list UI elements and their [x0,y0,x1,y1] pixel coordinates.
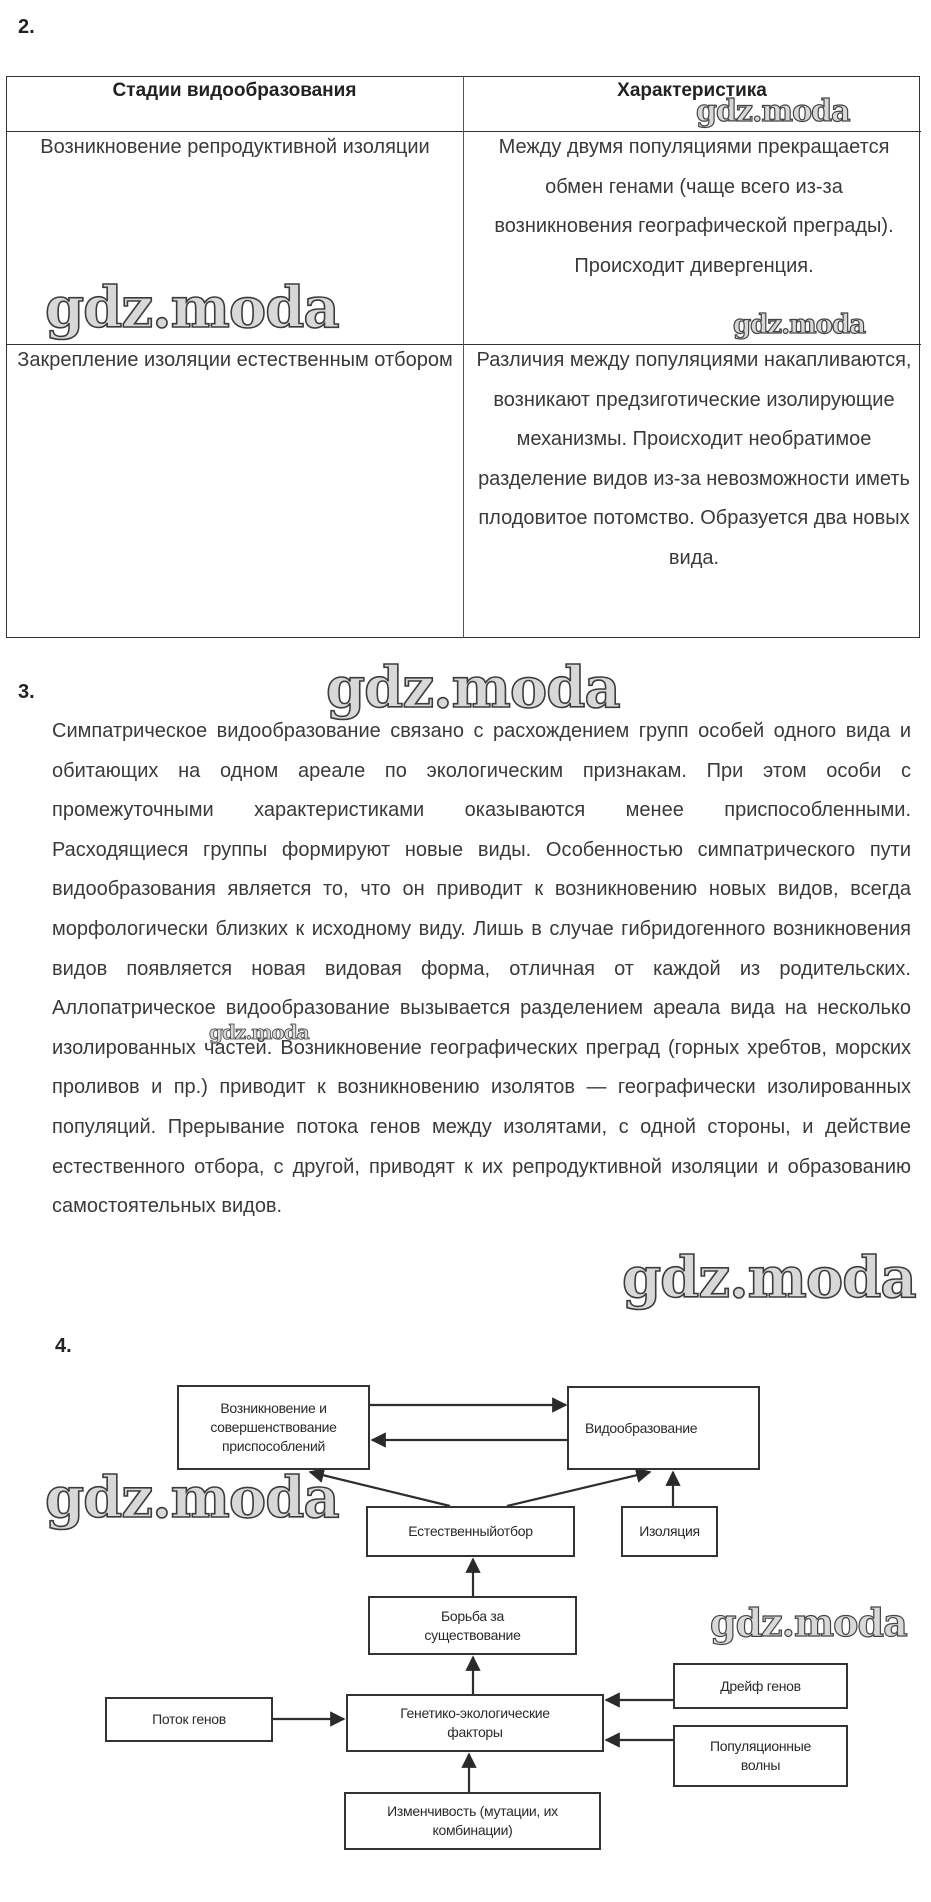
node-struggle: Борьба за существование [368,1596,577,1655]
watermark: gdz.moda [45,280,339,336]
node-variability: Изменчивость (мутации, их комбинации) [344,1792,601,1850]
table-header-stages: Стадии видообразования [6,76,463,106]
watermark: gdz.moda [696,97,850,127]
task-3-paragraph: Симпатрическое видообразование связано с… [52,712,911,1227]
table-row-2-description: Различия между популяциями накапливаются… [474,341,914,578]
node-gene-drift: Дрейф генов [673,1663,848,1709]
node-gene-flow: Поток генов [105,1697,273,1742]
table-row-1-description: Между двумя популяциями прекращается обм… [474,128,914,286]
node-adaptations: Возникновение и совершенствование приспо… [177,1385,370,1470]
table-row-2-stage: Закрепление изоляции естественным отборо… [14,341,456,381]
watermark: gdz.moda [326,660,620,716]
task-4-number: 4. [55,1335,72,1358]
watermark: gdz.moda [622,1250,916,1306]
table-column-divider [463,76,464,638]
task-3-number: 3. [18,681,35,704]
node-natural-selection: Естественныйотбор [366,1506,575,1557]
table-row-1-stage: Возникновение репродуктивной изоляции [40,128,430,168]
watermark: gdz.moda [733,312,865,338]
watermark: gdz.moda [710,1604,907,1642]
watermark: gdz.moda [209,1022,309,1042]
node-population-waves: Популяционные волны [673,1725,848,1787]
node-speciation: Видообразование [567,1386,760,1470]
node-genetic-ecological: Генетико-экологические факторы [346,1694,604,1752]
node-isolation: Изоляция [621,1506,718,1557]
task-3-text: Симпатрическое видообразование связано с… [52,712,911,1227]
task-2-number: 2. [18,16,35,39]
table-header-characteristic: Характеристика [463,76,921,106]
watermark: gdz.moda [45,1470,339,1526]
